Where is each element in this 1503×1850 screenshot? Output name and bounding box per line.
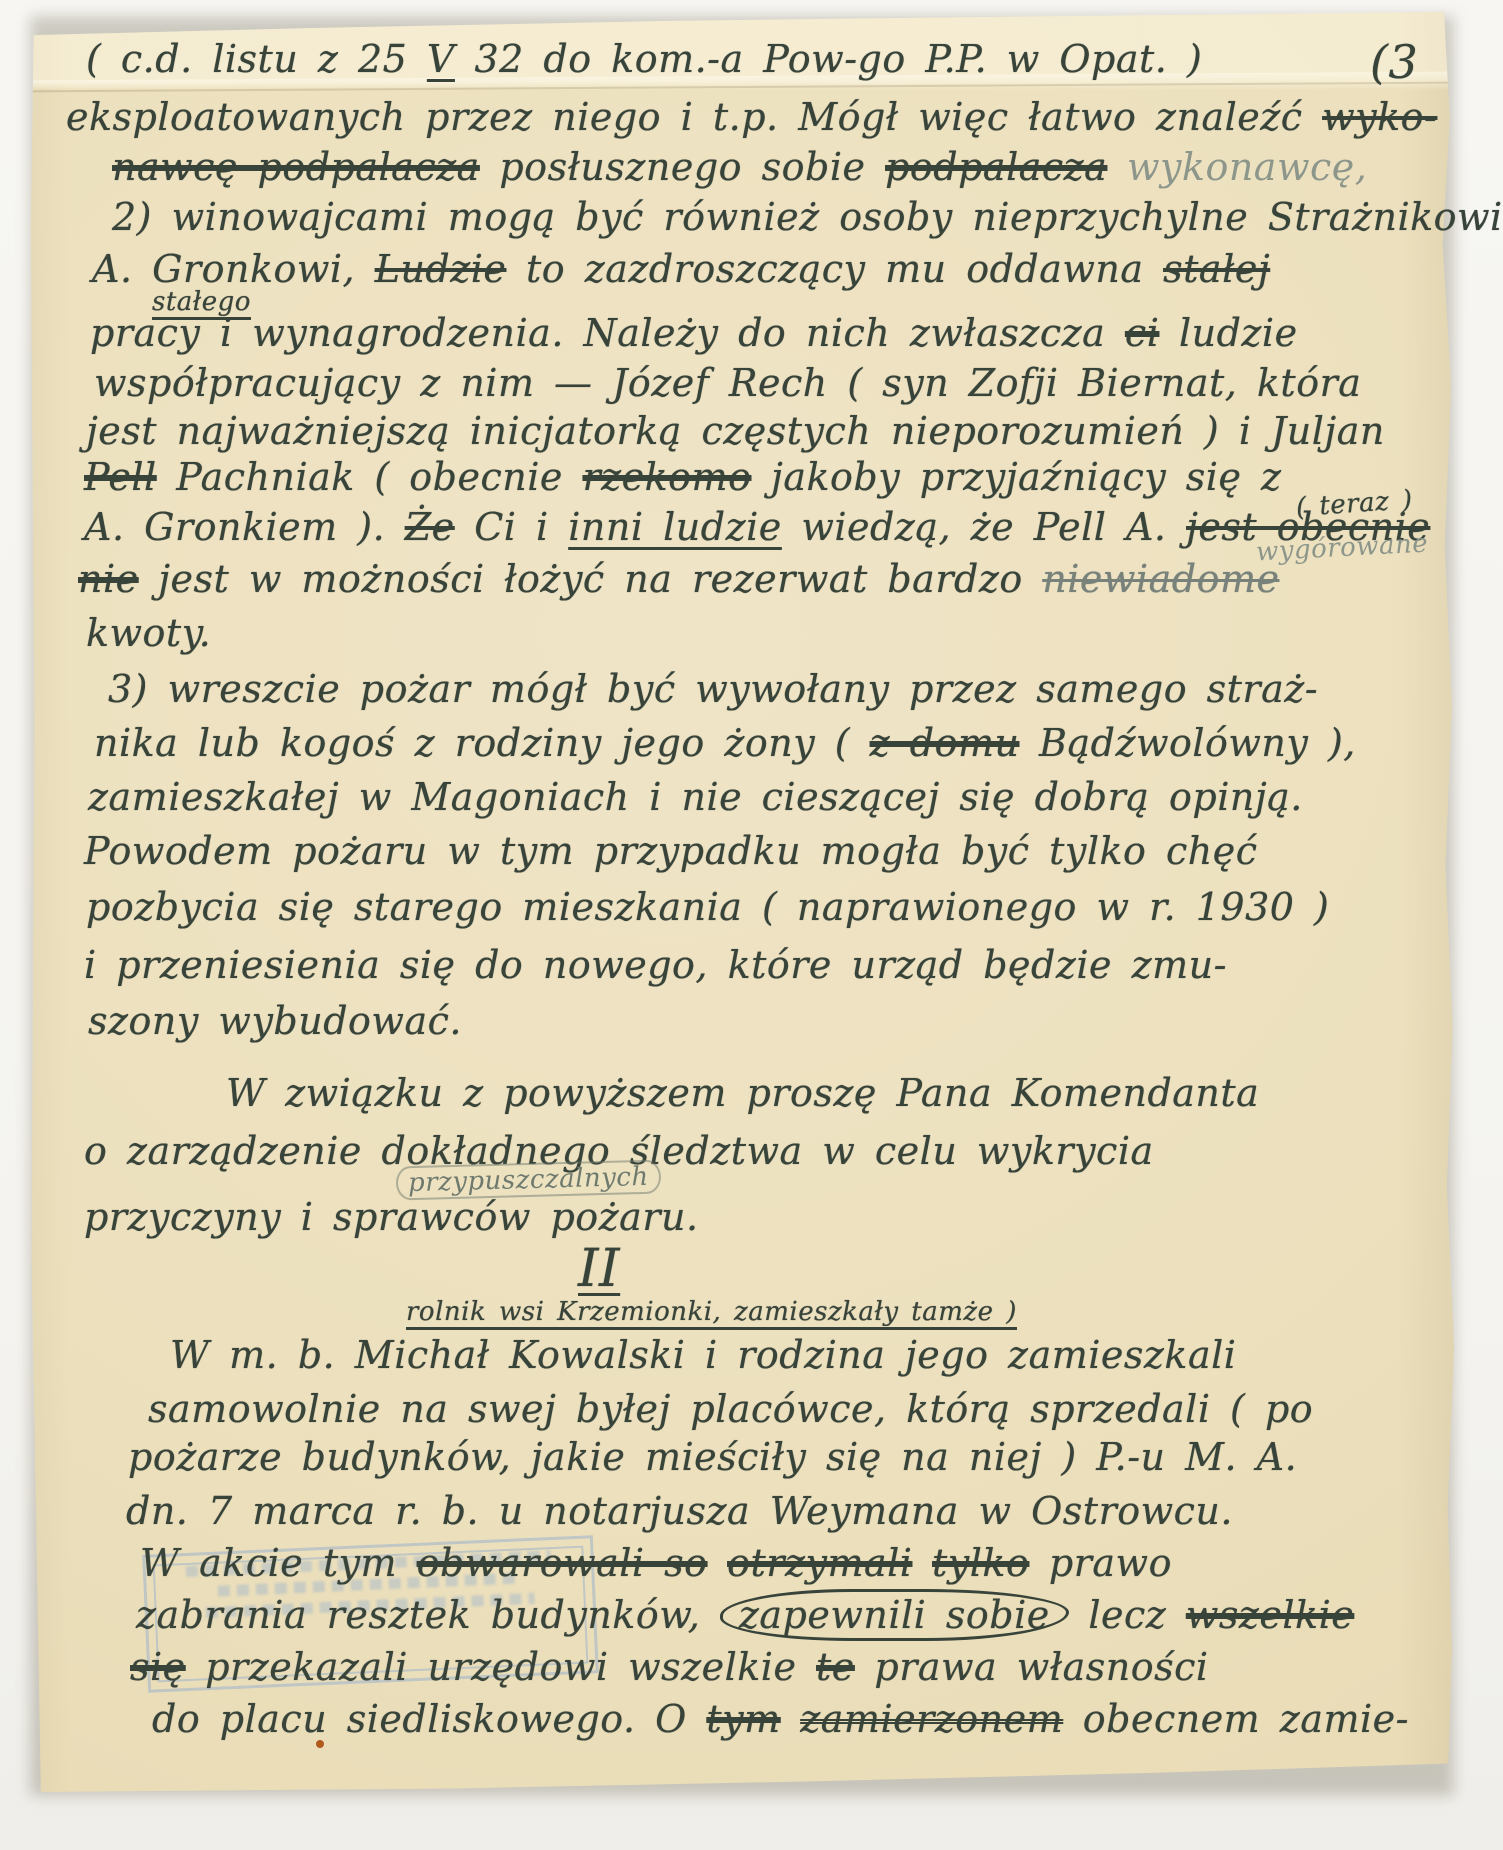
handwritten-line: przypuszczalnych bbox=[396, 1163, 661, 1200]
text-segment: wyko- bbox=[1322, 95, 1437, 139]
text-segment: rzekomo bbox=[582, 455, 751, 499]
scanned-document: ( c.d. listu z 25 V 32 do kom.-a Pow-go … bbox=[0, 0, 1503, 1850]
text-segment: nawcę podpalacza bbox=[112, 145, 480, 189]
text-segment bbox=[1107, 145, 1127, 189]
page-number: (3 bbox=[1370, 36, 1418, 89]
handwritten-line: do placu siedliskowego. O tym zamierzone… bbox=[152, 1698, 1409, 1742]
text-segment: wszelkie bbox=[1186, 1593, 1354, 1637]
handwritten-line: kwoty. bbox=[86, 612, 211, 656]
handwritten-line: A. Gronkowi, Ludzie to zazdroszczący mu … bbox=[92, 248, 1270, 292]
handwritten-line: 2) winowajcami mogą być również osoby ni… bbox=[112, 196, 1503, 240]
handwritten-line: pożarze budynków, jakie mieściły się na … bbox=[128, 1436, 1297, 1480]
handwritten-line: współpracujący z nim — Józef Rech ( syn … bbox=[94, 362, 1361, 406]
text-segment bbox=[912, 1541, 932, 1585]
text-segment: ludzie bbox=[1159, 311, 1297, 355]
text-segment: obecnem zamie- bbox=[1063, 1697, 1409, 1741]
text-segment: W związku z powyższem proszę Pana Komend… bbox=[226, 1071, 1259, 1115]
handwritten-line: W związku z powyższem proszę Pana Komend… bbox=[226, 1072, 1259, 1116]
text-segment: te bbox=[816, 1645, 855, 1689]
handwritten-line: nie jest w możności łożyć na rezerwat ba… bbox=[78, 558, 1279, 602]
text-segment: 32 do kom.-a Pow-go P.P. w Opat. ) bbox=[455, 37, 1202, 81]
text-segment: do placu siedliskowego. O bbox=[152, 1697, 706, 1741]
text-segment: Bądźwolówny ), bbox=[1019, 721, 1355, 765]
text-segment bbox=[708, 1541, 728, 1585]
text-segment: nie bbox=[78, 557, 139, 601]
handwritten-line: W akcie tym obwarowali so otrzymali tylk… bbox=[140, 1542, 1172, 1586]
text-segment: posłusznego sobie bbox=[480, 145, 885, 189]
text-segment: pracy i wynagrodzenia. Należy do nich zw… bbox=[90, 311, 1125, 355]
text-segment: Ludzie bbox=[375, 247, 507, 291]
handwritten-line: 3) wreszcie pożar mógł być wywołany prze… bbox=[108, 668, 1318, 712]
handwritten-line: się przekazali urzędowi wszelkie te praw… bbox=[130, 1646, 1209, 1690]
text-segment: otrzymali bbox=[727, 1541, 912, 1585]
text-segment: prawo bbox=[1029, 1541, 1172, 1585]
text-segment: zabrania resztek budynków, bbox=[136, 1593, 720, 1637]
text-segment: to zazdroszczący mu oddawna bbox=[506, 247, 1163, 291]
text-segment: i przeniesienia się do nowego, które urz… bbox=[84, 943, 1227, 987]
handwritten-line: dn. 7 marca r. b. u notarjusza Weymana w… bbox=[126, 1490, 1233, 1534]
text-segment: jakoby przyjaźniący się z bbox=[751, 455, 1281, 499]
text-segment: 2) winowajcami mogą być również osoby ni… bbox=[112, 195, 1503, 239]
handwritten-line: i przeniesienia się do nowego, które urz… bbox=[84, 944, 1227, 988]
text-segment: W m. b. Michał Kowalski i rodzina jego z… bbox=[170, 1333, 1236, 1377]
text-segment: A. Gronkiem ). bbox=[84, 505, 405, 549]
text-segment: podpalacza bbox=[885, 145, 1107, 189]
text-segment: z domu bbox=[870, 721, 1020, 765]
text-segment: pożarze budynków, jakie mieściły się na … bbox=[128, 1435, 1297, 1479]
text-segment: 3) wreszcie pożar mógł być wywołany prze… bbox=[108, 667, 1318, 711]
text-segment: szony wybudować. bbox=[88, 999, 462, 1043]
text-segment: przyczyny i sprawców pożaru. bbox=[84, 1195, 699, 1239]
text-segment: jest w możności łożyć na rezerwat bardzo bbox=[139, 557, 1043, 601]
text-segment: tylko bbox=[932, 1541, 1029, 1585]
handwritten-line: szony wybudować. bbox=[88, 1000, 462, 1044]
handwritten-line: W m. b. Michał Kowalski i rodzina jego z… bbox=[170, 1334, 1236, 1378]
handwritten-line: zabrania resztek budynków, zapewnili sob… bbox=[136, 1594, 1354, 1638]
text-segment: stałej bbox=[1163, 247, 1270, 291]
handwritten-line: przyczyny i sprawców pożaru. bbox=[84, 1196, 699, 1240]
text-segment: V bbox=[427, 37, 455, 81]
text-segment: zapewnili sobie bbox=[720, 1589, 1069, 1641]
handwritten-line: rolnik wsi Krzemionki, zamieszkały tamże… bbox=[406, 1298, 1017, 1328]
handwritten-line: zamieszkałej w Magoniach i nie cieszącej… bbox=[88, 776, 1303, 820]
text-segment: jest najważniejszą inicjatorką częstych … bbox=[86, 409, 1385, 453]
handwriting-layer: ( c.d. listu z 25 V 32 do kom.-a Pow-go … bbox=[0, 0, 1503, 1850]
handwritten-line: jest najważniejszą inicjatorką częstych … bbox=[86, 410, 1385, 454]
header-line: ( c.d. listu z 25 V 32 do kom.-a Pow-go … bbox=[86, 38, 1202, 82]
text-segment: przekazali urzędowi wszelkie bbox=[186, 1645, 816, 1689]
text-segment: rolnik wsi Krzemionki, zamieszkały tamże… bbox=[406, 1297, 1017, 1327]
handwritten-line: samowolnie na swej byłej placówce, którą… bbox=[148, 1388, 1313, 1432]
text-segment: niewiadome bbox=[1042, 557, 1279, 601]
handwritten-line: nika lub kogoś z rodziny jego żony ( z d… bbox=[94, 722, 1356, 766]
text-segment: inni ludzie bbox=[568, 505, 781, 549]
handwritten-line: Powodem pożaru w tym przypadku mogła być… bbox=[84, 830, 1258, 874]
text-segment: A. Gronkowi, bbox=[92, 247, 375, 291]
text-segment: II bbox=[578, 1239, 620, 1299]
handwritten-line: A. Gronkiem ). Że Ci i inni ludzie wiedz… bbox=[84, 506, 1430, 550]
text-segment: dn. 7 marca r. b. u notarjusza Weymana w… bbox=[126, 1489, 1233, 1533]
handwritten-line: pozbycia się starego mieszkania ( napraw… bbox=[86, 886, 1329, 930]
text-segment: obwarowali so bbox=[417, 1541, 708, 1585]
text-segment: nika lub kogoś z rodziny jego żony ( bbox=[94, 721, 870, 765]
text-segment: zamierzonem bbox=[800, 1697, 1063, 1741]
text-segment: pozbycia się starego mieszkania ( napraw… bbox=[86, 885, 1329, 929]
text-segment: prawa własności bbox=[855, 1645, 1209, 1689]
text-segment bbox=[781, 1697, 801, 1741]
text-segment: Pachniak ( obecnie bbox=[157, 455, 583, 499]
text-segment: eksploatowanych przez niego i t.p. Mógł … bbox=[66, 95, 1322, 139]
handwritten-line: eksploatowanych przez niego i t.p. Mógł … bbox=[66, 96, 1437, 140]
text-segment: kwoty. bbox=[86, 611, 211, 655]
text-segment: wykonawcę, bbox=[1127, 145, 1367, 189]
handwritten-line: pracy i wynagrodzenia. Należy do nich zw… bbox=[90, 312, 1298, 356]
text-segment: (3 bbox=[1370, 35, 1418, 89]
section-heading: II bbox=[578, 1240, 620, 1300]
text-segment: się bbox=[130, 1645, 186, 1689]
text-segment: ( c.d. listu z 25 bbox=[86, 37, 427, 81]
text-segment: zamieszkałej w Magoniach i nie cieszącej… bbox=[88, 775, 1303, 819]
text-segment: Że bbox=[405, 505, 455, 549]
text-segment: Ci i bbox=[455, 505, 569, 549]
text-segment: W akcie tym bbox=[140, 1541, 417, 1585]
handwritten-line: nawcę podpalacza posłusznego sobie podpa… bbox=[112, 146, 1367, 190]
text-segment: Pell bbox=[84, 455, 157, 499]
text-segment: Powodem pożaru w tym przypadku mogła być… bbox=[84, 829, 1258, 873]
text-segment: lecz bbox=[1069, 1593, 1186, 1637]
text-segment: samowolnie na swej byłej placówce, którą… bbox=[148, 1387, 1313, 1431]
text-segment: wiedzą, że Pell A. bbox=[782, 505, 1186, 549]
handwritten-line: Pell Pachniak ( obecnie rzekomo jakoby p… bbox=[84, 456, 1282, 500]
text-segment: tym bbox=[706, 1697, 780, 1741]
text-segment: ci bbox=[1125, 311, 1159, 355]
handwritten-line: wygórowane bbox=[1255, 530, 1429, 569]
text-segment: współpracujący z nim — Józef Rech ( syn … bbox=[94, 361, 1361, 405]
